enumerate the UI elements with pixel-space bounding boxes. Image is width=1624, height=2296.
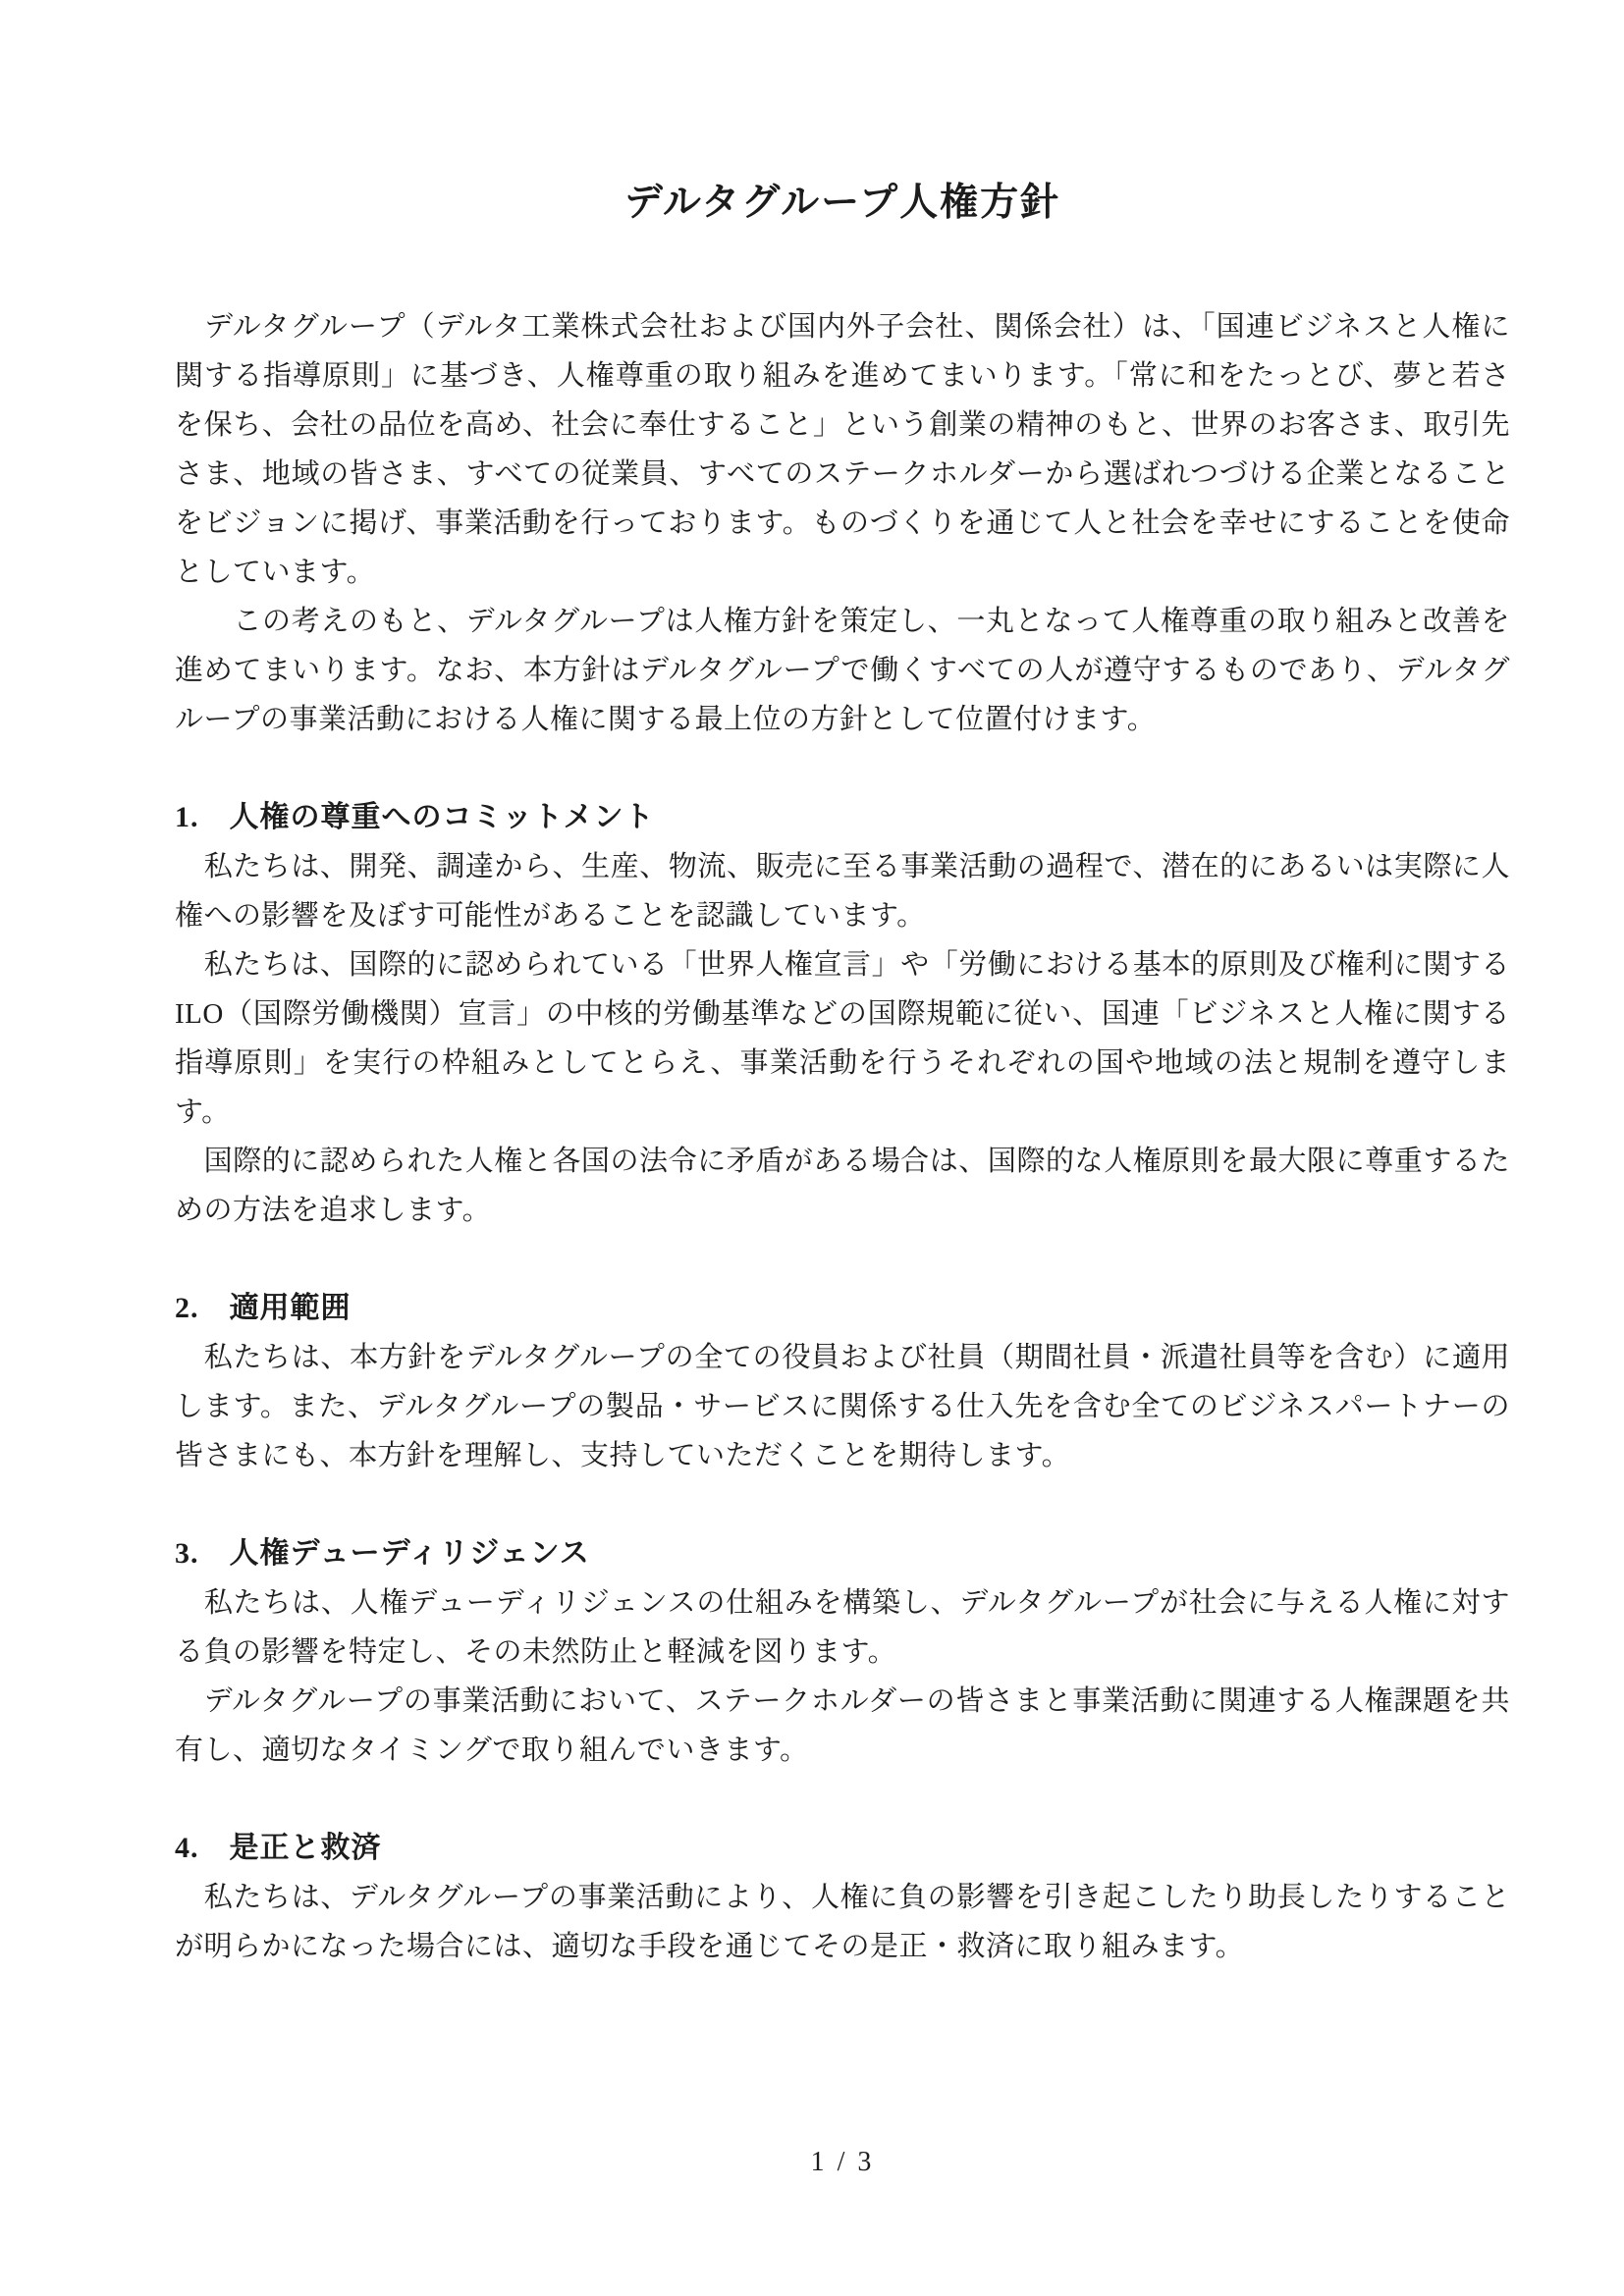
section-scope: 2. 適用範囲 私たちは、本方針をデルタグループの全ての役員および社員（期間社員… xyxy=(175,1284,1510,1480)
intro-paragraph-2: この考えのもと、デルタグループは人権方針を策定し、一丸となって人権尊重の取り組み… xyxy=(175,597,1510,744)
section-remedy: 4. 是正と救済 私たちは、デルタグループの事業活動により、人権に負の影響を引き… xyxy=(175,1824,1510,1971)
section-3-paragraph-2: デルタグループの事業活動において、ステークホルダーの皆さまと事業活動に関連する人… xyxy=(175,1677,1510,1775)
document-title: デルタグループ人権方針 xyxy=(175,0,1510,226)
section-due-diligence: 3. 人権デューディリジェンス 私たちは、人権デューディリジェンスの仕組みを構築… xyxy=(175,1529,1510,1775)
section-2-paragraph-1: 私たちは、本方針をデルタグループの全ての役員および社員（期間社員・派遣社員等を含… xyxy=(175,1333,1510,1480)
section-1-paragraph-1: 私たちは、開発、調達から、生産、物流、販売に至る事業活動の過程で、潜在的にあるい… xyxy=(175,842,1510,940)
section-4-paragraph-1: 私たちは、デルタグループの事業活動により、人権に負の影響を引き起こしたり助長した… xyxy=(175,1873,1510,1971)
section-1-paragraph-2: 私たちは、国際的に認められている「世界人権宣言」や「労働における基本的原則及び権… xyxy=(175,940,1510,1137)
intro-paragraph-1: デルタグループ（デルタ工業株式会社および国内外子会社、関係会社）は、「国連ビジネ… xyxy=(175,302,1510,597)
section-1-paragraph-3: 国際的に認められた人権と各国の法令に矛盾がある場合は、国際的な人権原則を最大限に… xyxy=(175,1137,1510,1235)
section-2-heading: 2. 適用範囲 xyxy=(175,1284,1510,1333)
section-3-paragraph-1: 私たちは、人権デューディリジェンスの仕組みを構築し、デルタグループが社会に与える… xyxy=(175,1578,1510,1677)
section-4-heading: 4. 是正と救済 xyxy=(175,1824,1510,1873)
document-page: デルタグループ人権方針 デルタグループ（デルタ工業株式会社および国内外子会社、関… xyxy=(0,0,1624,2296)
section-1-heading: 1. 人権の尊重へのコミットメント xyxy=(175,793,1510,842)
section-commitment: 1. 人権の尊重へのコミットメント 私たちは、開発、調達から、生産、物流、販売に… xyxy=(175,793,1510,1235)
section-3-heading: 3. 人権デューディリジェンス xyxy=(175,1529,1510,1578)
page-number: 1 / 3 xyxy=(175,2143,1510,2182)
intro-block: デルタグループ（デルタ工業株式会社および国内外子会社、関係会社）は、「国連ビジネ… xyxy=(175,302,1510,744)
